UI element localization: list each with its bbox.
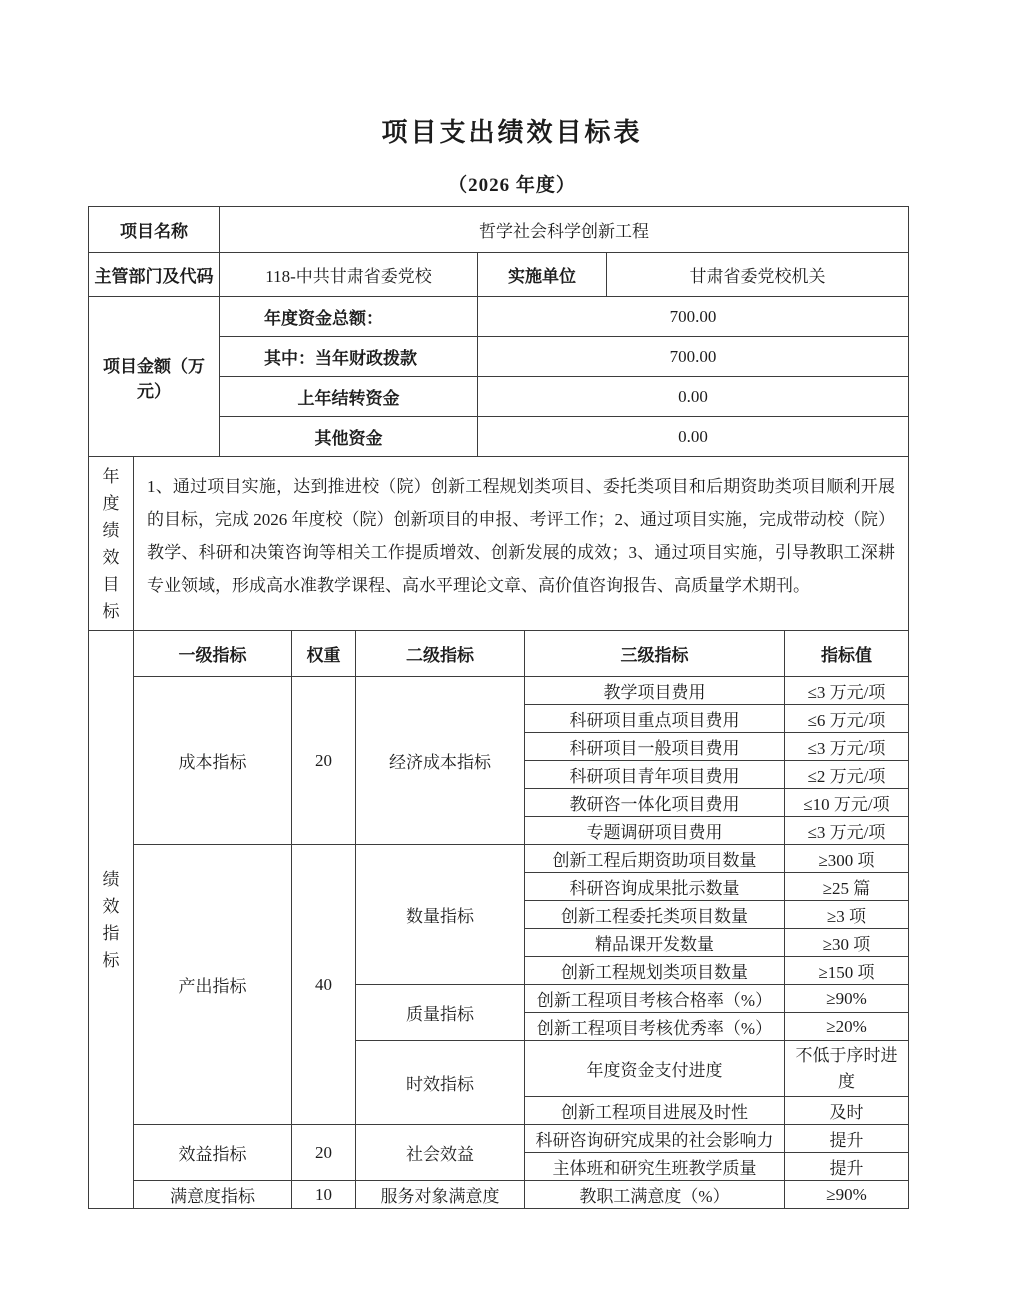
indicator-value-cell: ≥90% — [785, 1181, 909, 1209]
level3-indicator-cell: 科研项目一般项目费用 — [525, 733, 785, 761]
header-level3: 三级指标 — [525, 631, 785, 677]
level3-indicator-cell: 精品课开发数量 — [525, 929, 785, 957]
document-title: 项目支出绩效目标表 — [0, 112, 1024, 149]
level1-indicator-cell: 效益指标 — [134, 1125, 292, 1181]
level3-indicator-cell: 教学项目费用 — [525, 677, 785, 705]
indicator-value-cell: 不低于序时进度 — [785, 1041, 909, 1097]
level3-indicator-cell: 创新工程项目考核合格率（%） — [525, 985, 785, 1013]
amount-row-value: 700.00 — [478, 297, 909, 337]
indicator-value-cell: ≤6 万元/项 — [785, 705, 909, 733]
weight-cell: 40 — [292, 845, 356, 1125]
amount-row-label: 年度资金总额： — [220, 297, 478, 337]
dept-value: 118-中共甘肃省委党校 — [220, 253, 478, 297]
indicator-value-cell: ≤3 万元/项 — [785, 733, 909, 761]
impl-unit-label: 实施单位 — [478, 253, 607, 297]
level2-indicator-cell: 数量指标 — [356, 845, 525, 985]
indicator-value-cell: ≥3 项 — [785, 901, 909, 929]
level2-indicator-cell: 社会效益 — [356, 1125, 525, 1181]
level3-indicator-cell: 主体班和研究生班教学质量 — [525, 1153, 785, 1181]
level2-indicator-cell: 质量指标 — [356, 985, 525, 1041]
level3-indicator-cell: 创新工程后期资助项目数量 — [525, 845, 785, 873]
document-year-subtitle: （2026 年度） — [0, 170, 1024, 197]
level3-indicator-cell: 创新工程项目考核优秀率（%） — [525, 1013, 785, 1041]
level2-indicator-cell: 时效指标 — [356, 1041, 525, 1125]
level3-indicator-cell: 创新工程委托类项目数量 — [525, 901, 785, 929]
project-name-label: 项目名称 — [89, 207, 220, 253]
document-sheet: 项目名称 哲学社会科学创新工程 主管部门及代码 118-中共甘肃省委党校 实施单… — [88, 206, 909, 1209]
header-value: 指标值 — [785, 631, 909, 677]
level1-indicator-cell: 满意度指标 — [134, 1181, 292, 1209]
weight-cell: 20 — [292, 1125, 356, 1181]
indicator-value-cell: ≥25 篇 — [785, 873, 909, 901]
level3-indicator-cell: 年度资金支付进度 — [525, 1041, 785, 1097]
indicator-value-cell: ≤10 万元/项 — [785, 789, 909, 817]
annual-goal-label: 年度绩效目标 — [89, 457, 134, 631]
project-name-value: 哲学社会科学创新工程 — [220, 207, 909, 253]
level2-indicator-cell: 服务对象满意度 — [356, 1181, 525, 1209]
impl-unit-value: 甘肃省委党校机关 — [607, 253, 909, 297]
amount-row-label: 上年结转资金 — [220, 377, 478, 417]
level3-indicator-cell: 创新工程规划类项目数量 — [525, 957, 785, 985]
indicator-value-cell: ≤3 万元/项 — [785, 677, 909, 705]
amount-row-label: 其中：当年财政拨款 — [220, 337, 478, 377]
indicator-value-cell: ≥30 项 — [785, 929, 909, 957]
indicator-value-cell: 及时 — [785, 1097, 909, 1125]
level3-indicator-cell: 专题调研项目费用 — [525, 817, 785, 845]
amount-row-value: 700.00 — [478, 337, 909, 377]
annual-goal-text: 1、通过项目实施，达到推进校（院）创新工程规划类项目、委托类项目和后期资助类项目… — [134, 457, 909, 631]
indicator-value-cell: ≤2 万元/项 — [785, 761, 909, 789]
indicators-section-label-cell: 绩效指标 — [89, 631, 134, 1209]
weight-cell: 20 — [292, 677, 356, 845]
indicator-value-cell: ≥150 项 — [785, 957, 909, 985]
header-level2: 二级指标 — [356, 631, 525, 677]
level3-indicator-cell: 教研咨一体化项目费用 — [525, 789, 785, 817]
indicator-value-cell: ≥90% — [785, 985, 909, 1013]
header-weight: 权重 — [292, 631, 356, 677]
amount-row-value: 0.00 — [478, 417, 909, 457]
level3-indicator-cell: 创新工程项目进展及时性 — [525, 1097, 785, 1125]
amount-row-label: 其他资金 — [220, 417, 478, 457]
level3-indicator-cell: 科研项目青年项目费用 — [525, 761, 785, 789]
level2-indicator-cell: 经济成本指标 — [356, 677, 525, 845]
dept-label: 主管部门及代码 — [89, 253, 220, 297]
level3-indicator-cell: 科研咨询成果批示数量 — [525, 873, 785, 901]
indicator-value-cell: ≥300 项 — [785, 845, 909, 873]
header-level1: 一级指标 — [134, 631, 292, 677]
amount-label: 项目金额（万元） — [89, 297, 220, 457]
indicator-value-cell: 提升 — [785, 1153, 909, 1181]
indicators-table: 绩效指标 一级指标 权重 二级指标 三级指标 指标值 成本指标20经济成本指标教… — [88, 630, 909, 1209]
level3-indicator-cell: 科研项目重点项目费用 — [525, 705, 785, 733]
level1-indicator-cell: 成本指标 — [134, 677, 292, 845]
indicator-value-cell: ≥20% — [785, 1013, 909, 1041]
amount-row-value: 0.00 — [478, 377, 909, 417]
level3-indicator-cell: 教职工满意度（%） — [525, 1181, 785, 1209]
weight-cell: 10 — [292, 1181, 356, 1209]
project-info-table: 项目名称 哲学社会科学创新工程 主管部门及代码 118-中共甘肃省委党校 实施单… — [88, 206, 909, 457]
level3-indicator-cell: 科研咨询研究成果的社会影响力 — [525, 1125, 785, 1153]
annual-goal-table: 年度绩效目标 1、通过项目实施，达到推进校（院）创新工程规划类项目、委托类项目和… — [88, 456, 909, 631]
indicator-value-cell: ≤3 万元/项 — [785, 817, 909, 845]
indicator-value-cell: 提升 — [785, 1125, 909, 1153]
level1-indicator-cell: 产出指标 — [134, 845, 292, 1125]
